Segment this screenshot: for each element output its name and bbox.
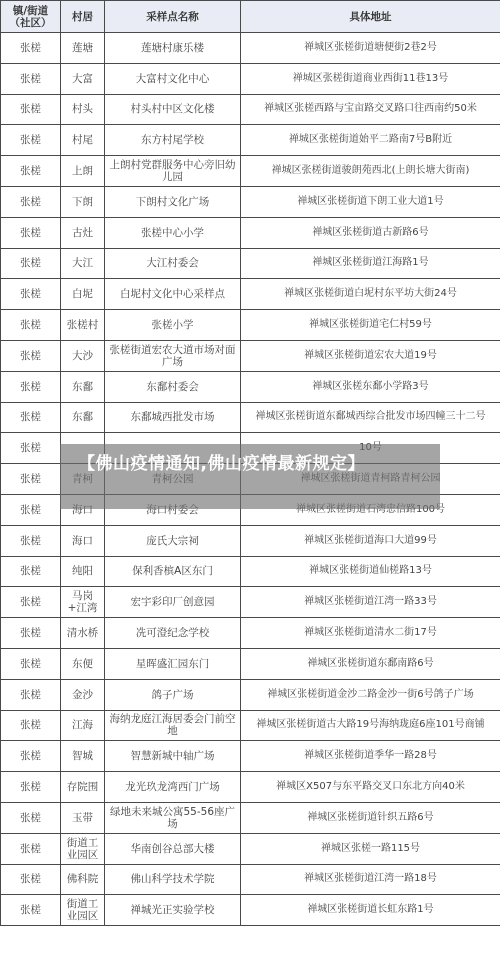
cell-site-name: 海纳龙庭江海居委会门前空地 [105,710,241,741]
cell-site-name: 村头村中区文化楼 [105,94,241,125]
table-row: 张槎大富大富村文化中心禅城区张槎街道商业西街11巷13号 [1,63,500,94]
cell-address: 禅城区张槎街道宏农大道19号 [241,340,500,371]
cell-address: 禅城区张槎街道下朗工业大道1号 [241,186,500,217]
cell-town: 张槎 [1,741,61,772]
table-row: 张槎江海海纳龙庭江海居委会门前空地禅城区张槎街道古大路19号海纳珑庭6座101号… [1,710,500,741]
cell-site-name: 莲塘村康乐楼 [105,33,241,64]
table-row: 张槎村头村头村中区文化楼禅城区张槎西路与宝亩路交叉路口往西南约50米 [1,94,500,125]
cell-address: 禅城区张槎街道江湾一路33号 [241,587,500,618]
table-row: 张槎东便星晖盛汇园东门禅城区张槎街道东鄱南路6号 [1,648,500,679]
cell-town: 张槎 [1,94,61,125]
cell-address: 禅城区张槎街道长虹东路1号 [241,895,500,926]
cell-town: 张槎 [1,217,61,248]
table-row: 张槎街道工业园区华南创谷总部大楼禅城区张槎一路115号 [1,833,500,864]
cell-village: 智城 [61,741,105,772]
cell-town: 张槎 [1,556,61,587]
cell-village: 莲塘 [61,33,105,64]
header-address: 具体地址 [241,1,500,33]
cell-address: 禅城区张槎街道金沙二路金沙一街6号鸽子广场 [241,679,500,710]
cell-village: 古灶 [61,217,105,248]
cell-site-name: 东鄱城西批发市场 [105,402,241,433]
cell-address: 禅城区张槎街道东鄱南路6号 [241,648,500,679]
cell-town: 张槎 [1,464,61,495]
cell-site-name: 星晖盛汇园东门 [105,648,241,679]
cell-village: 存院围 [61,772,105,803]
table-row: 张槎纯阳保利香槟A区东门禅城区张槎街道仙槎路13号 [1,556,500,587]
cell-village: 下朗 [61,186,105,217]
cell-town: 张槎 [1,618,61,649]
table-row: 张槎佛科院佛山科学技术学院禅城区张槎街道江湾一路18号 [1,864,500,895]
cell-address: 禅城区张槎街道白坭村东平坊大街24号 [241,279,500,310]
table-row: 张槎莲塘莲塘村康乐楼禅城区张槎街道塘便街2巷2号 [1,33,500,64]
cell-site-name: 东鄱村委会 [105,371,241,402]
cell-town: 张槎 [1,895,61,926]
table-row: 张槎村尾东方村尾学校禅城区张槎街道始平二路南7号B附近 [1,125,500,156]
table-row: 张槎张槎村张槎小学禅城区张槎街道宅仁村59号 [1,310,500,341]
cell-site-name: 张槎街道宏农大道市场对面广场 [105,340,241,371]
cell-village: 村头 [61,94,105,125]
cell-address: 禅城区张槎街道古新路6号 [241,217,500,248]
cell-town: 张槎 [1,772,61,803]
cell-town: 张槎 [1,125,61,156]
cell-site-name: 华南创谷总部大楼 [105,833,241,864]
cell-town: 张槎 [1,648,61,679]
cell-village: 东鄱 [61,371,105,402]
cell-town: 张槎 [1,802,61,833]
cell-village: 佛科院 [61,864,105,895]
cell-site-name: 龙光玖龙湾西门广场 [105,772,241,803]
cell-village: 村尾 [61,125,105,156]
table-row: 张槎上朗上朗村党群服务中心旁旧幼儿园禅城区张槎街道骏朗苑西北(上朗长塘大街南) [1,156,500,187]
table-row: 张槎东鄱东鄱村委会禅城区张槎东鄱小学路3号 [1,371,500,402]
cell-town: 张槎 [1,525,61,556]
cell-town: 张槎 [1,710,61,741]
cell-address: 禅城区张槎街道海口大道99号 [241,525,500,556]
cell-address: 禅城区X507与东平路交叉口东北方向40米 [241,772,500,803]
cell-site-name: 张槎中心小学 [105,217,241,248]
cell-village: 上朗 [61,156,105,187]
header-village: 村居 [61,1,105,33]
cell-site-name: 佛山科学技术学院 [105,864,241,895]
table-row: 张槎金沙鸽子广场禅城区张槎街道金沙二路金沙一街6号鸽子广场 [1,679,500,710]
cell-town: 张槎 [1,186,61,217]
cell-town: 张槎 [1,248,61,279]
cell-address: 禅城区张槎街道始平二路南7号B附近 [241,125,500,156]
cell-address: 禅城区张槎街道江湾一路18号 [241,864,500,895]
cell-town: 张槎 [1,402,61,433]
cell-village: 大江 [61,248,105,279]
cell-village: 海口 [61,525,105,556]
cell-town: 张槎 [1,433,61,464]
cell-village: 大富 [61,63,105,94]
cell-town: 张槎 [1,310,61,341]
cell-site-name: 绿地未来城公寓55-56座广场 [105,802,241,833]
headline-overlay-title: 【佛山疫情通知,佛山疫情最新规定】 [78,451,438,477]
cell-site-name: 智慧新城中轴广场 [105,741,241,772]
header-town: 镇/街道（社区） [1,1,61,33]
cell-village: 街道工业园区 [61,895,105,926]
cell-town: 张槎 [1,833,61,864]
cell-town: 张槎 [1,494,61,525]
cell-address: 禅城区张槎街道东鄱城西综合批发市场四幢三十二号 [241,402,500,433]
cell-site-name: 上朗村党群服务中心旁旧幼儿园 [105,156,241,187]
cell-address: 禅城区张槎街道仙槎路13号 [241,556,500,587]
cell-site-name: 鸽子广场 [105,679,241,710]
cell-village: 玉带 [61,802,105,833]
cell-site-name: 下朗村文化广场 [105,186,241,217]
cell-site-name: 张槎小学 [105,310,241,341]
cell-town: 张槎 [1,587,61,618]
cell-site-name: 大富村文化中心 [105,63,241,94]
cell-site-name: 禅城光正实验学校 [105,895,241,926]
cell-town: 张槎 [1,340,61,371]
table-row: 张槎智城智慧新城中轴广场禅城区张槎街道季华一路28号 [1,741,500,772]
cell-town: 张槎 [1,279,61,310]
header-site-name: 采样点名称 [105,1,241,33]
cell-village: 纯阳 [61,556,105,587]
cell-village: 街道工业园区 [61,833,105,864]
cell-village: 江海 [61,710,105,741]
cell-village: 东鄱 [61,402,105,433]
table-row: 张槎下朗下朗村文化广场禅城区张槎街道下朗工业大道1号 [1,186,500,217]
cell-address: 禅城区张槎一路115号 [241,833,500,864]
cell-address: 禅城区张槎街道针织五路6号 [241,802,500,833]
cell-town: 张槎 [1,679,61,710]
cell-village: 马岗+江湾 [61,587,105,618]
table-row: 张槎大沙张槎街道宏农大道市场对面广场禅城区张槎街道宏农大道19号 [1,340,500,371]
cell-address: 禅城区张槎街道宅仁村59号 [241,310,500,341]
table-row: 张槎马岗+江湾宏宇彩印厂创意园禅城区张槎街道江湾一路33号 [1,587,500,618]
cell-village: 大沙 [61,340,105,371]
cell-village: 白坭 [61,279,105,310]
cell-village: 东便 [61,648,105,679]
table-row: 张槎大江大江村委会禅城区张槎街道江海路1号 [1,248,500,279]
table-row: 张槎东鄱东鄱城西批发市场禅城区张槎街道东鄱城西综合批发市场四幢三十二号 [1,402,500,433]
cell-site-name: 庞氏大宗祠 [105,525,241,556]
table-row: 张槎清水桥冼可澄纪念学校禅城区张槎街道清水二街17号 [1,618,500,649]
cell-town: 张槎 [1,156,61,187]
cell-town: 张槎 [1,63,61,94]
cell-address: 禅城区张槎东鄱小学路3号 [241,371,500,402]
cell-address: 禅城区张槎街道季华一路28号 [241,741,500,772]
table-row: 张槎古灶张槎中心小学禅城区张槎街道古新路6号 [1,217,500,248]
cell-town: 张槎 [1,864,61,895]
cell-site-name: 宏宇彩印厂创意园 [105,587,241,618]
cell-site-name: 冼可澄纪念学校 [105,618,241,649]
table-row: 张槎玉带绿地未来城公寓55-56座广场禅城区张槎街道针织五路6号 [1,802,500,833]
cell-address: 禅城区张槎西路与宝亩路交叉路口往西南约50米 [241,94,500,125]
cell-address: 禅城区张槎街道清水二街17号 [241,618,500,649]
cell-site-name: 大江村委会 [105,248,241,279]
cell-address: 禅城区张槎街道商业西街11巷13号 [241,63,500,94]
cell-site-name: 白坭村文化中心采样点 [105,279,241,310]
cell-town: 张槎 [1,33,61,64]
table-row: 张槎海口庞氏大宗祠禅城区张槎街道海口大道99号 [1,525,500,556]
cell-site-name: 东方村尾学校 [105,125,241,156]
table-row: 张槎白坭白坭村文化中心采样点禅城区张槎街道白坭村东平坊大街24号 [1,279,500,310]
cell-site-name: 保利香槟A区东门 [105,556,241,587]
cell-town: 张槎 [1,371,61,402]
table-row: 张槎存院围龙光玖龙湾西门广场禅城区X507与东平路交叉口东北方向40米 [1,772,500,803]
cell-address: 禅城区张槎街道塘便街2巷2号 [241,33,500,64]
table-header-row: 镇/街道（社区） 村居 采样点名称 具体地址 [1,1,500,33]
cell-village: 张槎村 [61,310,105,341]
cell-address: 禅城区张槎街道古大路19号海纳珑庭6座101号商铺 [241,710,500,741]
cell-address: 禅城区张槎街道骏朗苑西北(上朗长塘大街南) [241,156,500,187]
table-row: 张槎街道工业园区禅城光正实验学校禅城区张槎街道长虹东路1号 [1,895,500,926]
cell-village: 金沙 [61,679,105,710]
cell-village: 清水桥 [61,618,105,649]
cell-address: 禅城区张槎街道江海路1号 [241,248,500,279]
